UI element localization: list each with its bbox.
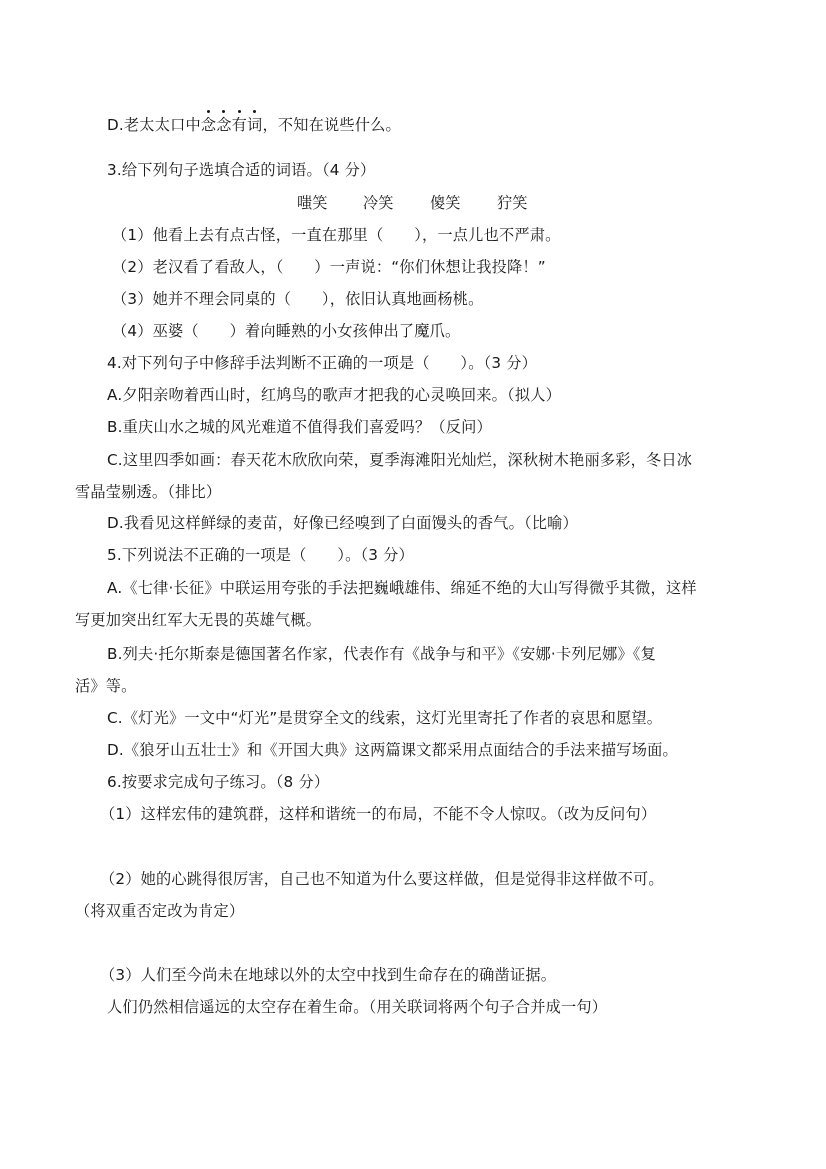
q5-option-b-continuation: 活》等。: [75, 676, 137, 696]
q4-option-c-continuation: 雪晶莹剔透。（排比）: [75, 482, 221, 502]
word-bank-item: 狞笑: [497, 193, 527, 213]
q5-option-d: D.《狼牙山五壮士》和《开国大典》这两篇课文都采用点面结合的手法来描写场面。: [107, 740, 678, 760]
emphasized-char: 有: [232, 115, 247, 135]
emphasized-char: 词: [247, 115, 262, 135]
q3-item-4: （4）巫婆（ ）着向睡熟的小女孩伸出了魔爪。: [112, 321, 460, 341]
q5-title: 5.下列说法不正确的一项是（ ）。（3 分）: [107, 545, 414, 565]
word-bank-item: 傻笑: [430, 193, 460, 213]
q6-item-2-continuation: （将双重否定改为肯定）: [75, 901, 244, 921]
q6-title: 6.按要求完成句子练习。（8 分）: [107, 772, 329, 792]
q4-option-b: B.重庆山水之城的风光难道不值得我们喜爱吗？（反问）: [107, 417, 492, 437]
emphasized-char: 念: [216, 115, 231, 135]
q5-option-a-continuation: 写更加突出红军大无畏的英雄气概。: [75, 610, 321, 630]
word-bank-item: 冷笑: [363, 193, 393, 213]
q4-option-d: D.我看见这样鲜绿的麦苗，好像已经嗅到了白面馒头的香气。（比喻）: [107, 513, 578, 533]
q4-option-a: A.夕阳亲吻着西山时，红鸠鸟的歌声才把我的心灵唤回来。（拟人）: [107, 385, 561, 405]
q3-title: 3.给下列句子选填合适的词语。（4 分）: [107, 160, 375, 180]
q6-item-3: （3）人们至今尚未在地球以外的太空中找到生命存在的确凿证据。: [100, 965, 556, 985]
q2-option-d-prefix: D.老太太口中: [107, 116, 201, 134]
word-bank-item: 嗤笑: [297, 193, 327, 213]
q2-option-d: D.老太太口中念念有词，不知在说些什么。: [107, 115, 401, 135]
q5-option-c: C.《灯光》一文中“灯光”是贯穿全文的线索，这灯光里寄托了作者的哀思和愿望。: [107, 708, 662, 728]
emphasized-char: 念: [201, 115, 216, 135]
q6-item-3-continuation: 人们仍然相信遥远的太空存在着生命。（用关联词将两个句子合并成一句）: [107, 997, 607, 1017]
q3-item-3: （3）她并不理会同桌的（ ），依旧认真地画杨桃。: [112, 289, 484, 309]
q5-option-a: A.《七律·长征》中联运用夸张的手法把巍峨雄伟、绵延不绝的大山写得微乎其微，这样: [107, 578, 697, 598]
q3-item-2: （2）老汉看了看敌人，（ ）一声说：“你们休想让我投降！”: [112, 257, 546, 277]
q4-title: 4.对下列句子中修辞手法判断不正确的一项是（ ）。（3 分）: [107, 353, 537, 373]
q3-item-1: （1）他看上去有点古怪，一直在那里（ ），一点儿也不严肃。: [112, 225, 561, 245]
q5-option-b: B.列夫·托尔斯泰是德国著名作家，代表作有《战争与和平》《安娜·卡列尼娜》《复: [107, 644, 656, 664]
q4-option-c: C.这里四季如画：春天花木欣欣向荣，夏季海滩阳光灿烂，深秋树木艳丽多彩，冬日冰: [107, 450, 692, 470]
q6-item-1: （1）这样宏伟的建筑群，这样和谐统一的布局，不能不令人惊叹。（改为反问句）: [100, 804, 656, 824]
q2-option-d-suffix: ，不知在说些什么。: [262, 116, 401, 134]
q6-item-2: （2）她的心跳得很厉害，自己也不知道为什么要这样做，但是觉得非这样做不可。: [100, 869, 664, 889]
